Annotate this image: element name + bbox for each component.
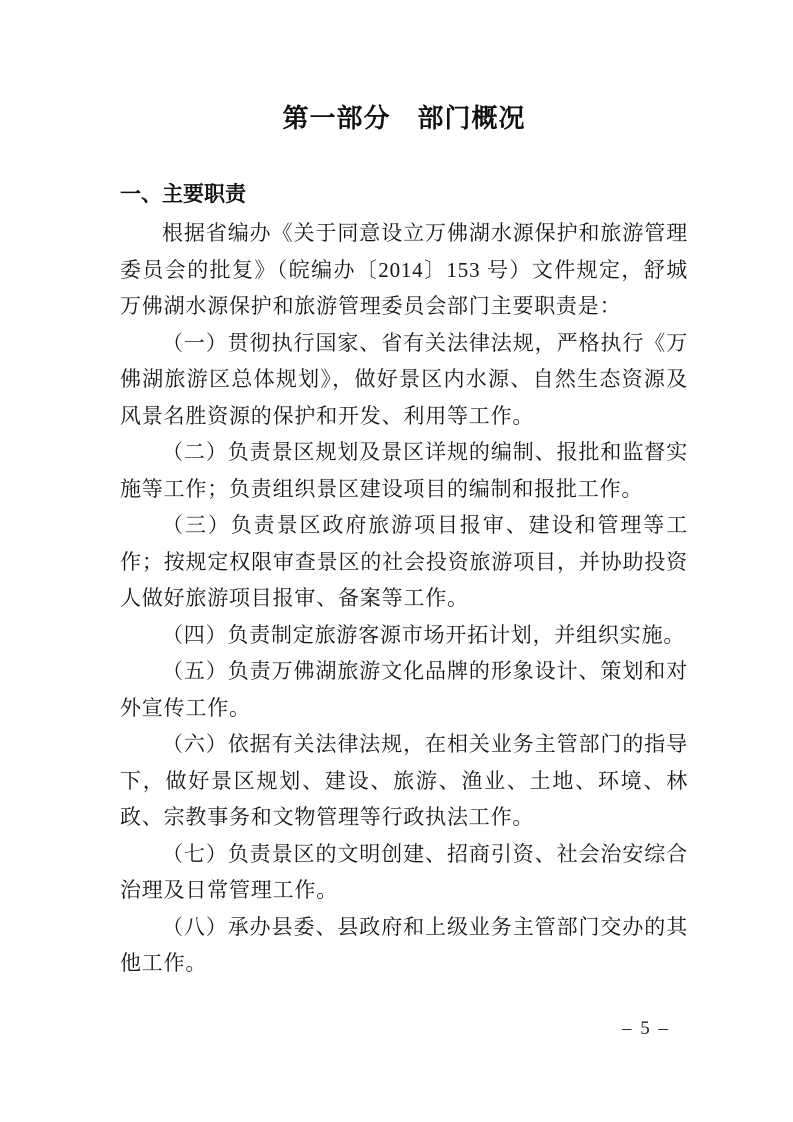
section-heading-main-duties: 一、主要职责 <box>120 183 688 206</box>
paragraph-duty-5: （五）负责万佛湖旅游文化品牌的形象设计、策划和对外宣传工作。 <box>120 653 688 726</box>
paragraph-duty-3: （三）负责景区政府旅游项目报审、建设和管理等工作；按规定权限审查景区的社会投资旅… <box>120 507 688 617</box>
document-body: 根据省编办《关于同意设立万佛湖水源保护和旅游管理委员会的批复》（皖编办〔2014… <box>120 215 688 982</box>
document-page: 第一部分 部门概况 一、主要职责 根据省编办《关于同意设立万佛湖水源保护和旅游管… <box>0 0 793 1122</box>
page-number: – 5 – <box>600 1016 692 1042</box>
paragraph-duty-2: （二）负责景区规划及景区详规的编制、报批和监督实施等工作；负责组织景区建设项目的… <box>120 434 688 507</box>
document-title: 第一部分 部门概况 <box>120 102 688 134</box>
paragraph-duty-7: （七）负责景区的文明创建、招商引资、社会治安综合治理及日常管理工作。 <box>120 836 688 909</box>
paragraph-duty-4: （四）负责制定旅游客源市场开拓计划，并组织实施。 <box>120 617 688 654</box>
paragraph-duty-1: （一）贯彻执行国家、省有关法律法规，严格执行《万佛湖旅游区总体规划》，做好景区内… <box>120 325 688 435</box>
document-content: 第一部分 部门概况 一、主要职责 根据省编办《关于同意设立万佛湖水源保护和旅游管… <box>120 0 688 982</box>
paragraph-duty-6: （六）依据有关法律法规，在相关业务主管部门的指导下，做好景区规划、建设、旅游、渔… <box>120 726 688 836</box>
paragraph-intro: 根据省编办《关于同意设立万佛湖水源保护和旅游管理委员会的批复》（皖编办〔2014… <box>120 215 688 325</box>
paragraph-duty-8: （八）承办县委、县政府和上级业务主管部门交办的其他工作。 <box>120 909 688 982</box>
